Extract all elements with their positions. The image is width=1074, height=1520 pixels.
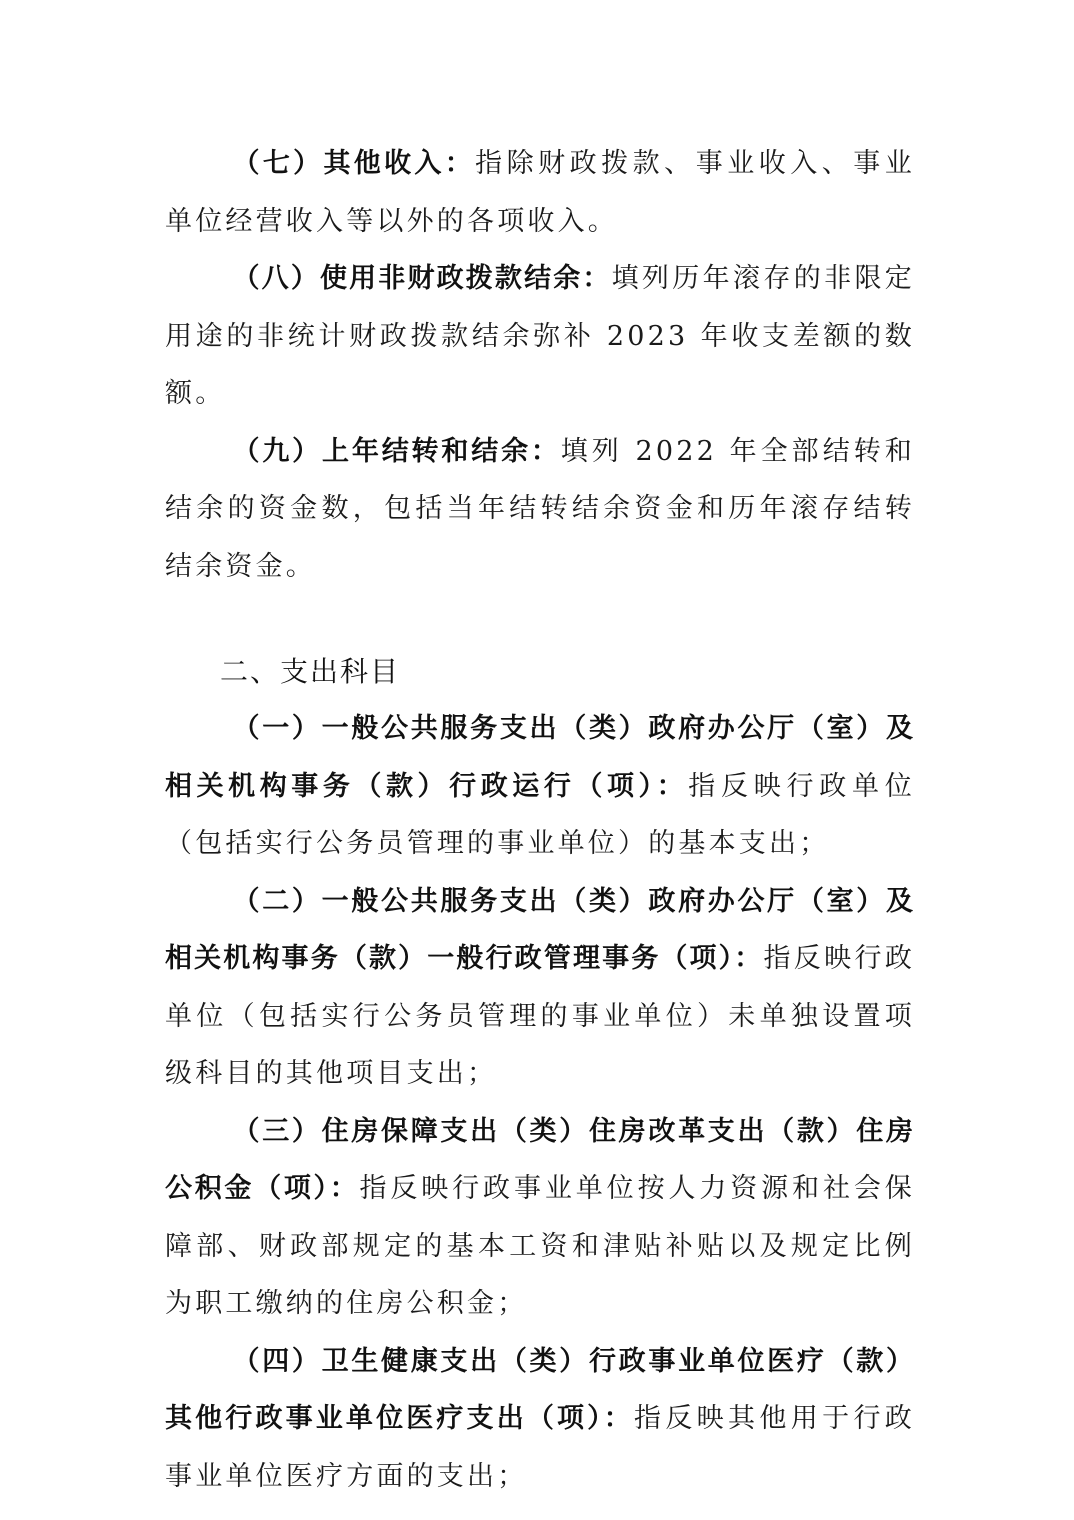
expenditure-item-general-admin-affairs: （二）一般公共服务支出（类）政府办公厅（室）及相关机构事务（款）一般行政管理事务… xyxy=(165,873,915,1103)
section-heading-expenditure: 二、支出科目 xyxy=(165,643,915,700)
income-item-non-fiscal-balance: （八）使用非财政拨款结余：填列历年滚存的非限定用途的非统计财政拨款结余弥补 20… xyxy=(165,250,915,423)
document-page: （七）其他收入：指除财政拨款、事业收入、事业单位经营收入等以外的各项收入。 （八… xyxy=(165,135,915,1505)
item-lead: （七）其他收入： xyxy=(233,148,476,179)
item-lead: （九）上年结转和结余： xyxy=(233,436,561,467)
expenditure-item-other-medical: （四）卫生健康支出（类）行政事业单位医疗（款）其他行政事业单位医疗支出（项）：指… xyxy=(165,1333,915,1506)
expenditure-item-housing-fund: （三）住房保障支出（类）住房改革支出（款）住房公积金（项）：指反映行政事业单位按… xyxy=(165,1103,915,1333)
item-lead: （八）使用非财政拨款结余： xyxy=(233,263,612,294)
income-item-other-income: （七）其他收入：指除财政拨款、事业收入、事业单位经营收入等以外的各项收入。 xyxy=(165,135,915,250)
section-spacer xyxy=(165,595,915,643)
expenditure-item-admin-operation: （一）一般公共服务支出（类）政府办公厅（室）及相关机构事务（款）行政运行（项）：… xyxy=(165,700,915,873)
income-item-prior-year-carryover: （九）上年结转和结余：填列 2022 年全部结转和结余的资金数，包括当年结转结余… xyxy=(165,423,915,596)
